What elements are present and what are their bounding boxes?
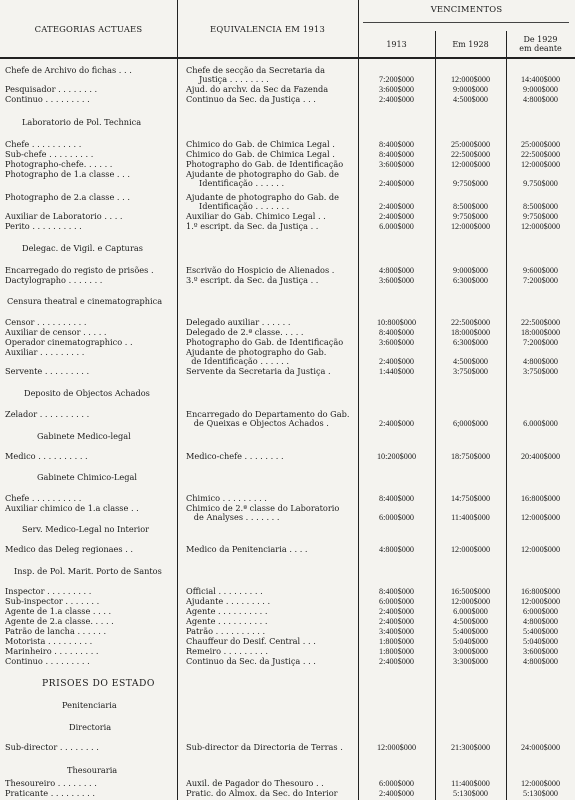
category-cell: Perito . . . . . . . . . .	[5, 222, 173, 232]
salary-1913-cell: 2:400$000	[358, 657, 435, 667]
category-cell: Auxiliar de Laboratorio . . . .	[5, 212, 173, 222]
salary-1929-cell: 4:800$000	[506, 357, 575, 367]
salary-1928-cell: 6:300$000	[435, 276, 506, 286]
salary-1913-cell: 4:800$000	[358, 266, 435, 276]
salary-1929-cell: 9:750$000	[506, 212, 575, 222]
salary-1913-cell: 10:200$000	[358, 452, 435, 462]
header-sub-divider-1	[435, 31, 436, 57]
equivalence-cell: 1.º escript. da Sec. da Justiça . .	[186, 222, 354, 232]
salary-1913-cell: 8:400$000	[358, 150, 435, 160]
salary-1929-cell: 5:400$000	[506, 627, 575, 637]
section-heading: Delegac. de Vigil. e Capturas	[22, 243, 143, 253]
salary-1929-cell: 7:200$000	[506, 338, 575, 348]
section-heading: PRISOES DO ESTADO	[42, 678, 155, 689]
salary-1929-cell: 22:500$000	[506, 150, 575, 160]
salary-1928-cell: 12:000$000	[435, 160, 506, 170]
salary-1929-cell: 4:800$000	[506, 657, 575, 667]
category-cell: Medico . . . . . . . . . .	[5, 452, 173, 462]
section-heading: Penitenciaria	[62, 700, 117, 710]
salary-1928-cell: 9:750$000	[435, 179, 506, 189]
salary-1929-cell: 12:000$000	[506, 222, 575, 232]
category-cell: Photographo de 2.a classe . . .	[5, 193, 173, 203]
category-cell: Agente de 1.a classe . . . .	[5, 607, 173, 617]
equivalence-cell: de Analyses . . . . . . .	[186, 513, 354, 523]
equivalence-cell: Pratic. do Almox. da Sec. do Interior	[186, 789, 354, 799]
salary-1928-cell: 4:500$000	[435, 95, 506, 105]
salary-1928-cell: 11:400$000	[435, 779, 506, 789]
salary-1929-cell: 12:000$000	[506, 779, 575, 789]
category-cell: Zelador . . . . . . . . . .	[5, 410, 173, 420]
category-cell: Encarregado do registo de prisões .	[5, 266, 173, 276]
category-cell: Chefe . . . . . . . . . .	[5, 140, 173, 150]
salary-1913-cell: 3:600$000	[358, 160, 435, 170]
category-cell: Operador cinematographico . .	[5, 338, 173, 348]
salary-1928-cell: 3:000$000	[435, 647, 506, 657]
salary-1913-cell: 1:440$000	[358, 367, 435, 377]
salary-1913-cell: 8:400$000	[358, 494, 435, 504]
salary-1913-cell: 6:000$000	[358, 597, 435, 607]
salary-1928-cell: 9:000$000	[435, 85, 506, 95]
salary-1928-cell: 22:500$000	[435, 318, 506, 328]
salary-1929-cell: 4:800$000	[506, 617, 575, 627]
section-heading: Gabinete Medico-legal	[37, 431, 131, 441]
salary-1929-cell: 9.750$000	[506, 179, 575, 189]
salary-1928-cell: 25:000$000	[435, 140, 506, 150]
salary-1913-cell: 6.000$000	[358, 222, 435, 232]
salary-1913-cell: 8:400$000	[358, 587, 435, 597]
section-heading: Thesouraria	[67, 765, 117, 775]
salary-1929-cell: 3:600$000	[506, 647, 575, 657]
table-header: CATEGORIAS ACTUAES EQUIVALENCIA EM 1913 …	[0, 0, 575, 59]
salary-1928-cell: 14:750$000	[435, 494, 506, 504]
section-heading: Insp. de Pol. Marit. Porto de Santos	[14, 566, 162, 576]
equivalence-cell: 3.º escript. da Sec. da Justiça . .	[186, 276, 354, 286]
header-equivalencia: EQUIVALENCIA EM 1913	[177, 24, 358, 34]
salary-1928-cell: 18:000$000	[435, 328, 506, 338]
salary-1929-cell: 22:500$000	[506, 318, 575, 328]
salary-1928-cell: 8:500$000	[435, 202, 506, 212]
salary-1913-cell: 2:400$000	[358, 789, 435, 799]
equivalence-cell: de Queixas e Objectos Achados .	[186, 419, 354, 429]
salary-1929-cell: 12:000$000	[506, 597, 575, 607]
salary-1929-cell: 12:000$000	[506, 545, 575, 555]
salary-1913-cell: 7:200$000	[358, 75, 435, 85]
section-heading: Directoria	[69, 722, 111, 732]
salary-1929-cell: 12:000$000	[506, 513, 575, 523]
category-cell: Sub-director . . . . . . . .	[5, 743, 173, 753]
salary-1928-cell: 9:000$000	[435, 266, 506, 276]
category-cell: Servente . . . . . . . . .	[5, 367, 173, 377]
salary-1913-cell: 6:000$000	[358, 513, 435, 523]
salary-1913-cell: 6:000$000	[358, 779, 435, 789]
salary-1913-cell: 8:400$000	[358, 140, 435, 150]
category-cell: Continuo . . . . . . . . .	[5, 657, 173, 667]
salary-1913-cell: 2:400$000	[358, 617, 435, 627]
category-cell: Auxiliar de censor . . . . .	[5, 328, 173, 338]
salary-1913-cell: 3:600$000	[358, 85, 435, 95]
salary-1913-cell: 2:400$000	[358, 607, 435, 617]
header-de-1929: De 1929 em deante	[506, 31, 575, 57]
salary-1913-cell: 2:400$000	[358, 202, 435, 212]
equivalence-cell: Sub-director da Directoria de Terras .	[186, 743, 354, 753]
salary-1913-cell: 3:400$000	[358, 627, 435, 637]
salary-1928-cell: 4:500$000	[435, 357, 506, 367]
salary-1928-cell: 22:500$000	[435, 150, 506, 160]
salary-1913-cell: 2:400$000	[358, 179, 435, 189]
salary-1913-cell: 2:400$000	[358, 95, 435, 105]
salary-1913-cell: 3:600$000	[358, 338, 435, 348]
salary-1928-cell: 12:000$000	[435, 222, 506, 232]
salary-1928-cell: 3:300$000	[435, 657, 506, 667]
salary-1928-cell: 16:500$000	[435, 587, 506, 597]
category-cell: Chefe de Archivo do fichas . . .	[5, 66, 173, 76]
category-cell: Censor . . . . . . . . . .	[5, 318, 173, 328]
salary-1929-cell: 7:200$000	[506, 276, 575, 286]
category-cell: Chefe . . . . . . . . . .	[5, 494, 173, 504]
category-cell: Auxiliar chimico de 1.a classe . .	[5, 504, 173, 514]
category-cell: Photographo-chefe. . . . . .	[5, 160, 173, 170]
equivalence-cell: Medico-chefe . . . . . . . .	[186, 452, 354, 462]
salary-1929-cell: 3:750$000	[506, 367, 575, 377]
salary-1928-cell: 6:300$000	[435, 338, 506, 348]
category-cell: Medico das Deleg regionaes . .	[5, 545, 173, 555]
salary-1929-cell: 14:400$000	[506, 75, 575, 85]
salary-1913-cell: 1:800$000	[358, 647, 435, 657]
equivalence-cell: Continuo da Sec. da Justiça . . .	[186, 657, 354, 667]
header-de-1929-line1: De 1929	[523, 35, 557, 44]
salary-1928-cell: 6.000$000	[435, 607, 506, 617]
salary-1929-cell: 18:000$000	[506, 328, 575, 338]
salary-1928-cell: 12:000$000	[435, 545, 506, 555]
salary-1929-cell: 16:800$000	[506, 494, 575, 504]
salary-1928-cell: 5:130$000	[435, 789, 506, 799]
salary-1929-cell: 9:600$000	[506, 266, 575, 276]
salary-1913-cell: 1:800$000	[358, 637, 435, 647]
salary-1929-cell: 20:400$000	[506, 452, 575, 462]
salary-1929-cell: 9:000$000	[506, 85, 575, 95]
salary-1929-cell: 4:800$000	[506, 95, 575, 105]
salary-1928-cell: 12:000$000	[435, 597, 506, 607]
header-sub-divider-2	[506, 31, 507, 57]
salary-1929-cell: 5:040$000	[506, 637, 575, 647]
equivalence-cell: Continuo da Sec. da Justiça . . .	[186, 95, 354, 105]
header-de-1929-line2: em deante	[519, 44, 562, 53]
header-1913: 1913	[358, 31, 435, 57]
salary-1913-cell: 2:400$000	[358, 212, 435, 222]
category-cell: Dactylographo . . . . . . .	[5, 276, 173, 286]
category-cell: Auxiliar . . . . . . . . .	[5, 348, 173, 358]
category-cell: Motorista . . . . . . . . .	[5, 637, 173, 647]
category-cell: Inspector . . . . . . . . .	[5, 587, 173, 597]
column-divider-2	[358, 0, 359, 800]
salary-1913-cell: 2:400$000	[358, 357, 435, 367]
header-vencimentos: VENCIMENTOS	[358, 4, 575, 14]
salary-1928-cell: 4:500$000	[435, 617, 506, 627]
salary-1928-cell: 11:400$000	[435, 513, 506, 523]
header-categorias: CATEGORIAS ACTUAES	[0, 24, 177, 34]
salary-1928-cell: 3:750$000	[435, 367, 506, 377]
category-cell: Praticante . . . . . . . . .	[5, 789, 173, 799]
salary-1928-cell: 9:750$000	[435, 212, 506, 222]
salary-1913-cell: 3:600$000	[358, 276, 435, 286]
salary-1928-cell: 5:400$000	[435, 627, 506, 637]
header-em-1928: Em 1928	[435, 31, 506, 57]
category-cell: Photographo de 1.a classe . . .	[5, 170, 173, 180]
category-cell: Sub-inspector . . . . . . .	[5, 597, 173, 607]
section-heading: Serv. Medico-Legal no Interior	[22, 524, 149, 534]
category-cell: Pesquisador . . . . . . . .	[5, 85, 173, 95]
salary-1929-cell: 12:000$000	[506, 160, 575, 170]
salary-1913-cell: 4:800$000	[358, 545, 435, 555]
salary-1929-cell: 8:500$000	[506, 202, 575, 212]
category-cell: Marinheiro . . . . . . . . .	[5, 647, 173, 657]
salary-1929-cell: 6.000$000	[506, 419, 575, 429]
salary-1928-cell: 5:040$000	[435, 637, 506, 647]
salary-1913-cell: 12:000$000	[358, 743, 435, 753]
header-divider	[363, 22, 569, 23]
column-divider-1	[177, 0, 178, 800]
salary-1929-cell: 24:000$000	[506, 743, 575, 753]
salary-1928-cell: 6;000$000	[435, 419, 506, 429]
section-heading: Laboratorio de Pol. Technica	[22, 117, 141, 127]
salary-1929-cell: 6:000$000	[506, 607, 575, 617]
salary-1913-cell: 2:400$000	[358, 419, 435, 429]
section-heading: Deposito de Objectos Achados	[24, 388, 150, 398]
salary-1913-cell: 8:400$000	[358, 328, 435, 338]
equivalence-cell: Medico da Penitenciaria . . . .	[186, 545, 354, 555]
section-heading: Censura theatral e cinematographica	[7, 296, 162, 306]
category-cell: Sub-chefe . . . . . . . . .	[5, 150, 173, 160]
category-cell: Thesoureiro . . . . . . . .	[5, 779, 173, 789]
equivalence-cell: Identificação . . . . . .	[186, 179, 354, 189]
salary-1913-cell: 10:800$000	[358, 318, 435, 328]
salary-1929-cell: 16:800$000	[506, 587, 575, 597]
category-cell: Agente de 2.a classe. . . . .	[5, 617, 173, 627]
section-heading: Gabinete Chimico-Legal	[37, 472, 137, 482]
salary-1928-cell: 18:750$000	[435, 452, 506, 462]
salary-table-page: CATEGORIAS ACTUAES EQUIVALENCIA EM 1913 …	[0, 0, 575, 800]
category-cell: Continuo . . . . . . . . .	[5, 95, 173, 105]
salary-1928-cell: 21:300$000	[435, 743, 506, 753]
salary-1929-cell: 25:000$000	[506, 140, 575, 150]
category-cell: Patrão de lancha . . . . . .	[5, 627, 173, 637]
equivalence-cell: Servente da Secretaria da Justiça .	[186, 367, 354, 377]
salary-1929-cell: 5:130$000	[506, 789, 575, 799]
salary-1928-cell: 12:000$000	[435, 75, 506, 85]
